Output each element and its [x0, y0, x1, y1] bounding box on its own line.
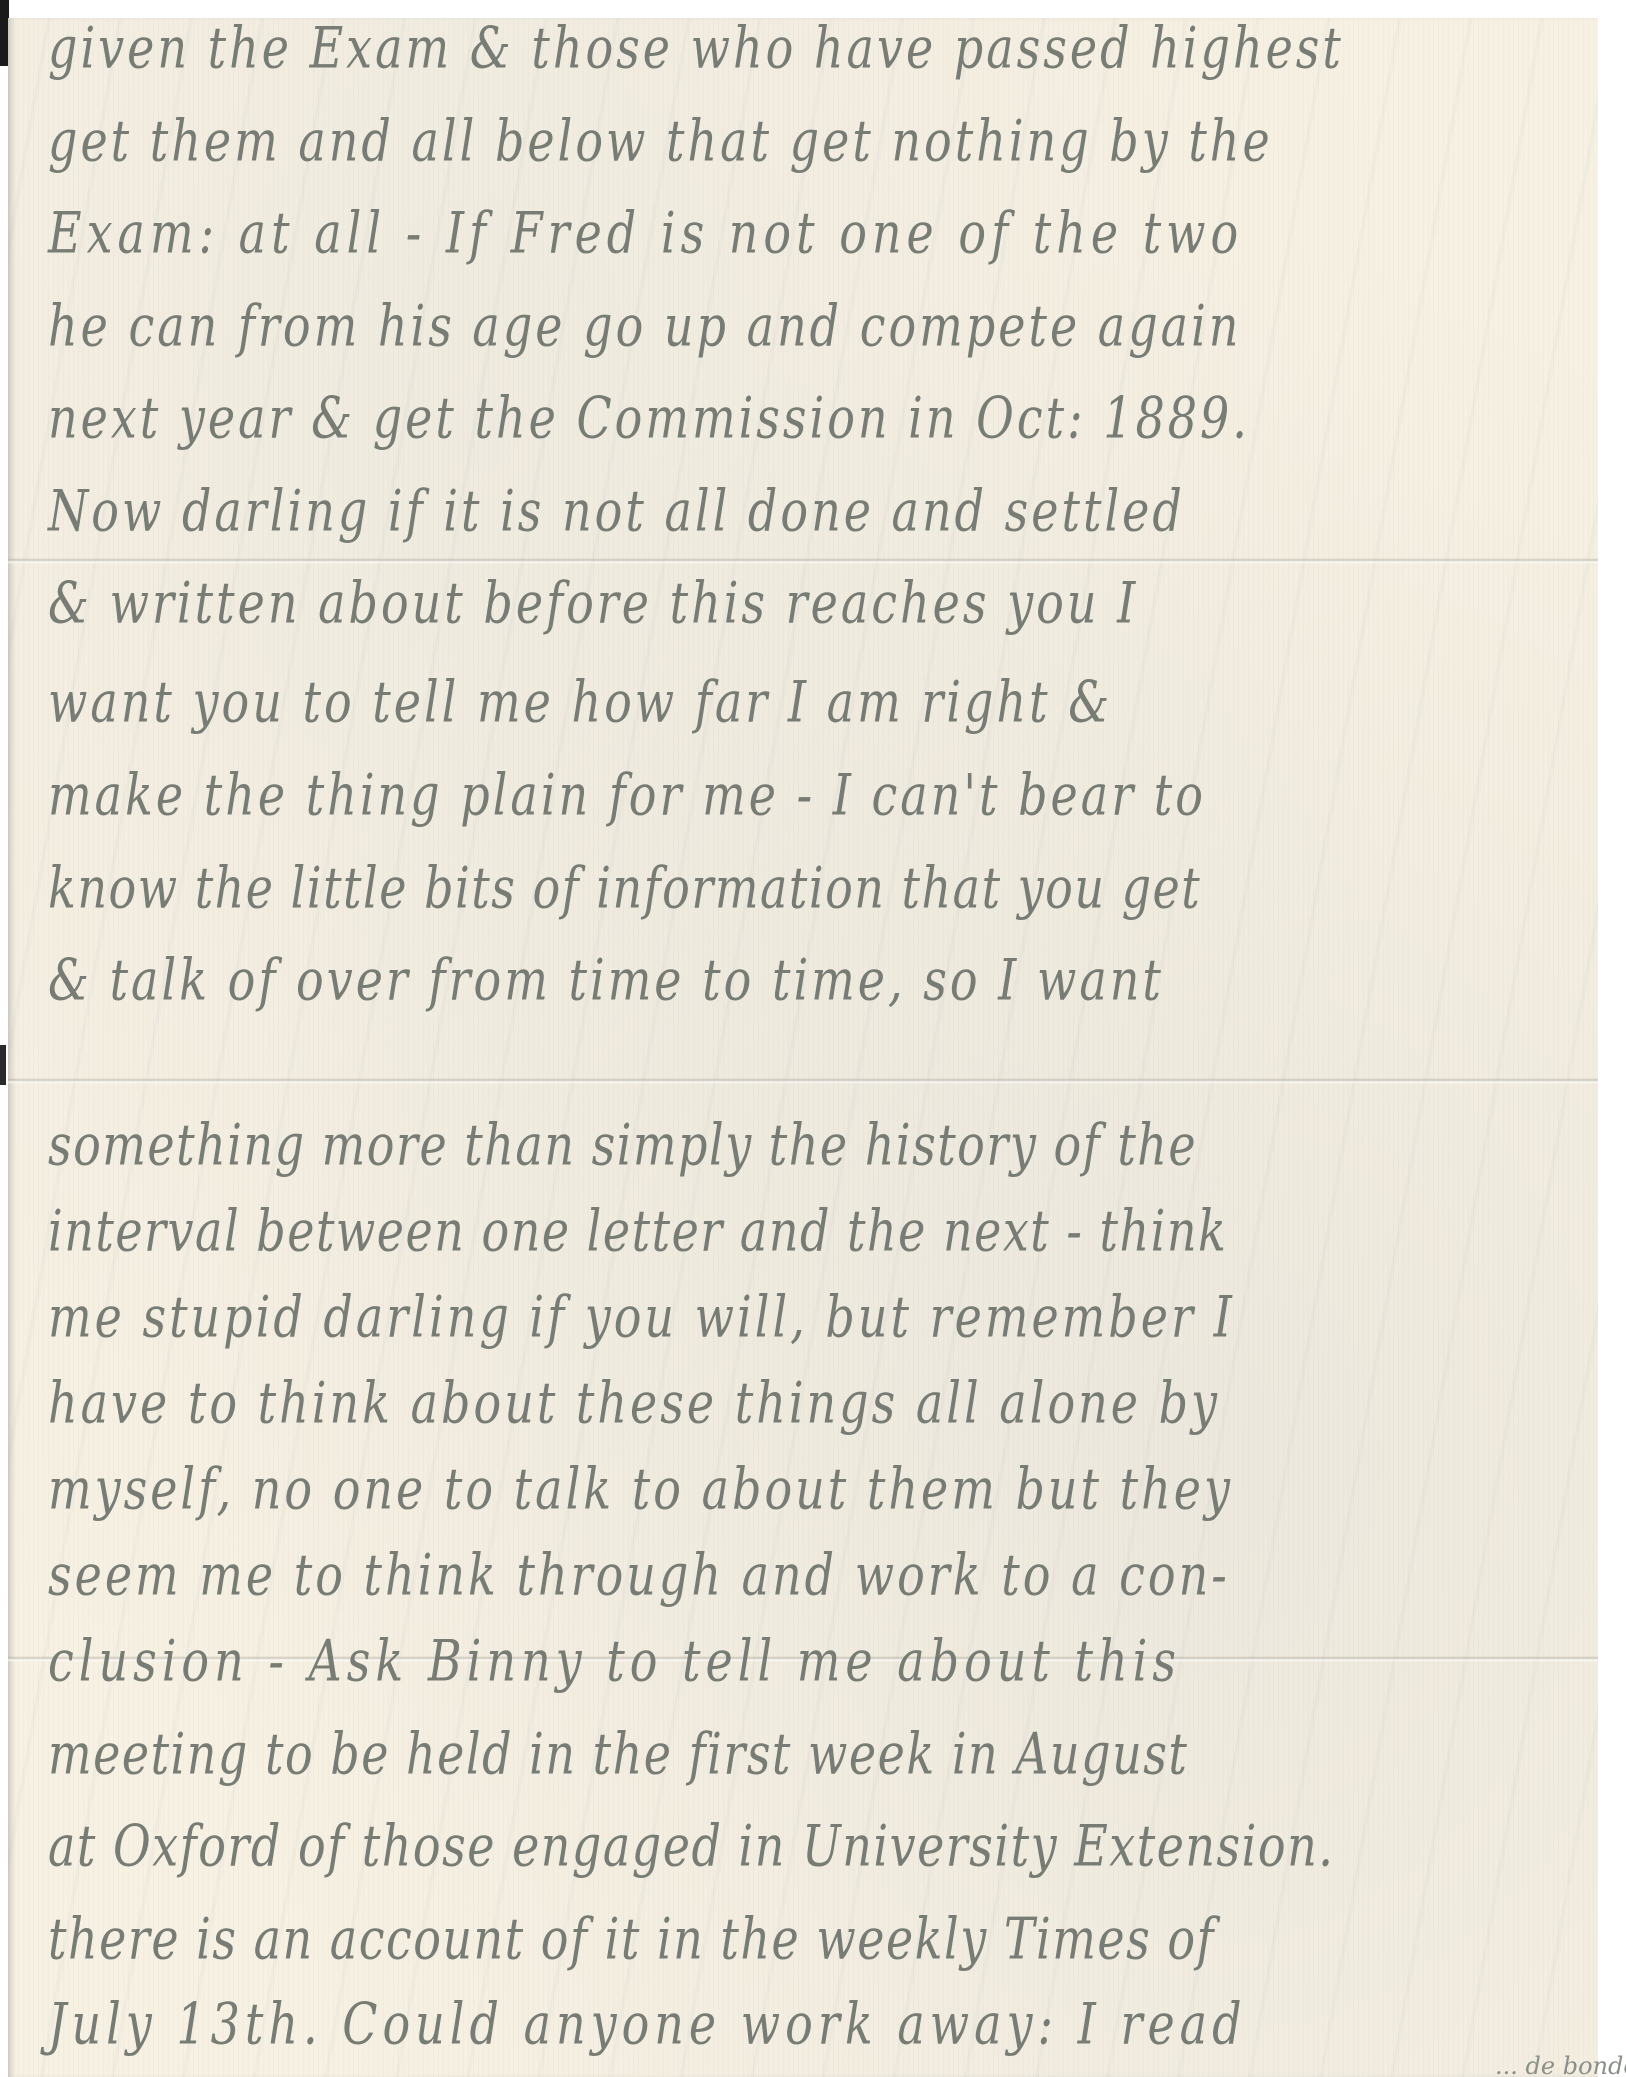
handwritten-line: get them and all below that get nothing … [48, 112, 1588, 170]
cut-off-text: ... de bonde ... [1495, 2052, 1626, 2077]
handwritten-line: me stupid darling if you will, but remem… [48, 1288, 1588, 1346]
handwritten-line: want you to tell me how far I am right & [48, 673, 1588, 731]
handwritten-line: there is an account of it in the weekly … [48, 1910, 1588, 1968]
handwritten-line: seem me to think through and work to a c… [48, 1546, 1588, 1604]
handwritten-line: myself, no one to talk to about them but… [48, 1460, 1588, 1518]
handwritten-line: given the Exam & those who have passed h… [48, 19, 1588, 77]
handwritten-line: have to think about these things all alo… [48, 1374, 1588, 1432]
handwritten-line: & written about before this reaches you … [48, 574, 1588, 632]
handwritten-line: next year & get the Commission in Oct: 1… [48, 389, 1588, 447]
handwritten-line: meeting to be held in the first week in … [48, 1725, 1588, 1783]
handwritten-line: interval between one letter and the next… [48, 1202, 1588, 1260]
paper-fold-crease [8, 1078, 1598, 1084]
handwritten-line: & talk of over from time to time, so I w… [48, 951, 1588, 1009]
paper-fold-crease [8, 558, 1598, 564]
handwritten-line: Exam: at all - If Fred is not one of the… [48, 204, 1588, 262]
handwritten-line: something more than simply the history o… [48, 1116, 1588, 1174]
handwritten-line: July 13th. Could anyone work away: I rea… [48, 1995, 1588, 2053]
handwritten-line: know the little bits of information that… [48, 859, 1588, 917]
handwritten-line: at Oxford of those engaged in University… [48, 1817, 1588, 1875]
handwritten-line: make the thing plain for me - I can't be… [48, 766, 1588, 824]
handwritten-line: clusion - Ask Binny to tell me about thi… [48, 1632, 1588, 1690]
handwritten-line: he can from his age go up and compete ag… [48, 297, 1588, 355]
handwritten-line: Now darling if it is not all done and se… [48, 482, 1588, 540]
scan-edge-dark [0, 1045, 6, 1085]
